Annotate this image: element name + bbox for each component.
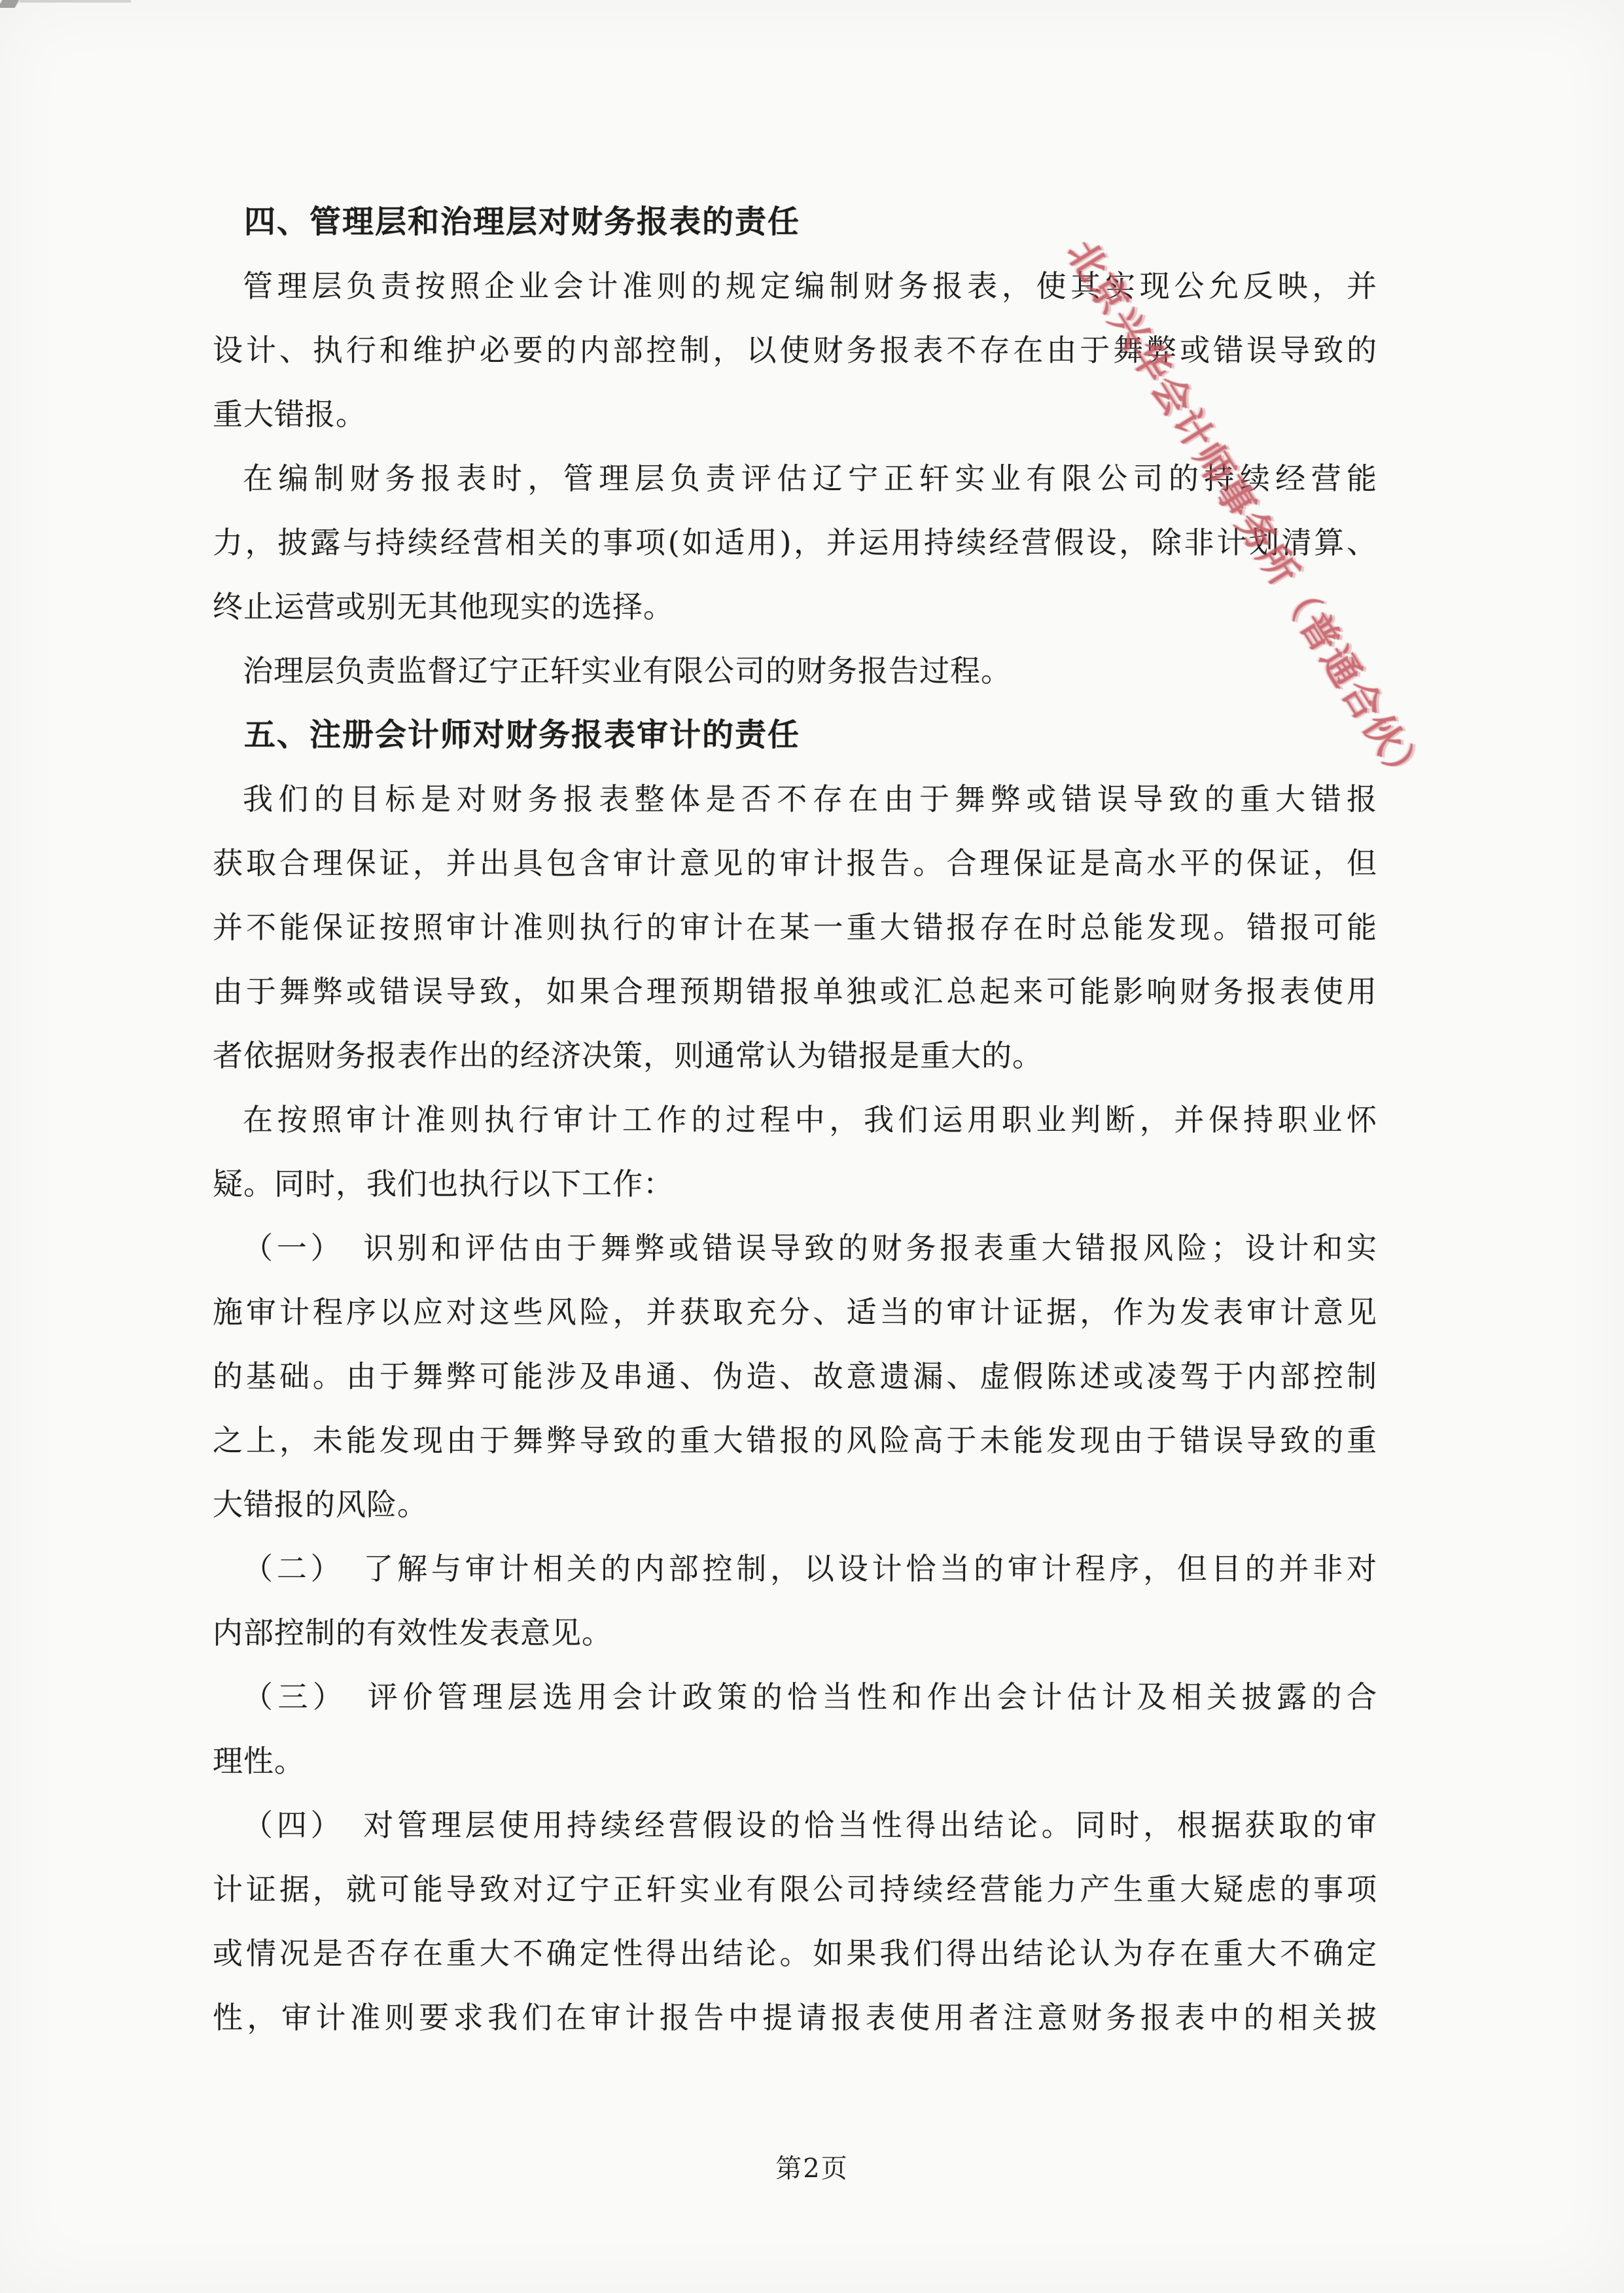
scanned-audit-report-page: 四、管理层和治理层对财务报表的责任管理层负责按照企业会计准则的规定编制财务报表，… — [0, 0, 1624, 2293]
text-line: 并不能保证按照审计准则执行的审计在某一重大错报存在时总能发现。错报可能 — [213, 895, 1377, 959]
scan-artifact — [0, 0, 19, 8]
text-line: 终止运营或别无其他现实的选择。 — [213, 575, 1377, 639]
text-line: 内部控制的有效性发表意见。 — [213, 1601, 1377, 1665]
text-line: 理性。 — [213, 1729, 1377, 1793]
text-line: 计证据，就可能导致对辽宁正轩实业有限公司持续经营能力产生重大疑虑的事项 — [213, 1857, 1377, 1921]
text-line: 力，披露与持续经营相关的事项(如适用)，并运用持续经营假设，除非计划清算、 — [213, 510, 1377, 575]
text-line: 在按照审计准则执行审计工作的过程中，我们运用职业判断，并保持职业怀 — [213, 1088, 1377, 1152]
report-body: 四、管理层和治理层对财务报表的责任管理层负责按照企业会计准则的规定编制财务报表，… — [213, 190, 1377, 2050]
text-line: 在编制财务报表时，管理层负责评估辽宁正轩实业有限公司的持续经营能 — [213, 446, 1377, 510]
text-line: （二） 了解与审计相关的内部控制，以设计恰当的审计程序，但目的并非对 — [213, 1537, 1377, 1601]
text-line: 获取合理保证，并出具包含审计意见的审计报告。合理保证是高水平的保证，但 — [213, 831, 1377, 895]
text-line: （三） 评价管理层选用会计政策的恰当性和作出会计估计及相关披露的合 — [213, 1665, 1377, 1729]
text-line: 性，审计准则要求我们在审计报告中提请报表使用者注意财务报表中的相关披 — [213, 1985, 1377, 2050]
text-line: 或情况是否存在重大不确定性得出结论。如果我们得出结论认为存在重大不确定 — [213, 1921, 1377, 1985]
text-line: （一） 识别和评估由于舞弊或错误导致的财务报表重大错报风险；设计和实 — [213, 1216, 1377, 1280]
text-line: 疑。同时，我们也执行以下工作： — [213, 1152, 1377, 1216]
text-line: （四） 对管理层使用持续经营假设的恰当性得出结论。同时，根据获取的审 — [213, 1793, 1377, 1857]
page-number: 第2页 — [0, 2148, 1624, 2185]
text-line: 治理层负责监督辽宁正轩实业有限公司的财务报告过程。 — [213, 639, 1377, 703]
scan-artifact — [20, 0, 131, 3]
section-heading: 四、管理层和治理层对财务报表的责任 — [213, 190, 1377, 254]
text-line: 者依据财务报表作出的经济决策，则通常认为错报是重大的。 — [213, 1023, 1377, 1088]
text-line: 之上，未能发现由于舞弊导致的重大错报的风险高于未能发现由于错误导致的重 — [213, 1408, 1377, 1472]
text-line: 管理层负责按照企业会计准则的规定编制财务报表，使其实现公允反映，并 — [213, 254, 1377, 318]
text-line: 我们的目标是对财务报表整体是否不存在由于舞弊或错误导致的重大错报 — [213, 767, 1377, 831]
text-line: 大错报的风险。 — [213, 1472, 1377, 1537]
text-line: 重大错报。 — [213, 382, 1377, 446]
text-line: 的基础。由于舞弊可能涉及串通、伪造、故意遗漏、虚假陈述或凌驾于内部控制 — [213, 1344, 1377, 1408]
section-heading: 五、注册会计师对财务报表审计的责任 — [213, 703, 1377, 767]
text-line: 由于舞弊或错误导致，如果合理预期错报单独或汇总起来可能影响财务报表使用 — [213, 959, 1377, 1023]
text-line: 设计、执行和维护必要的内部控制，以使财务报表不存在由于舞弊或错误导致的 — [213, 318, 1377, 382]
text-line: 施审计程序以应对这些风险，并获取充分、适当的审计证据，作为发表审计意见 — [213, 1280, 1377, 1344]
